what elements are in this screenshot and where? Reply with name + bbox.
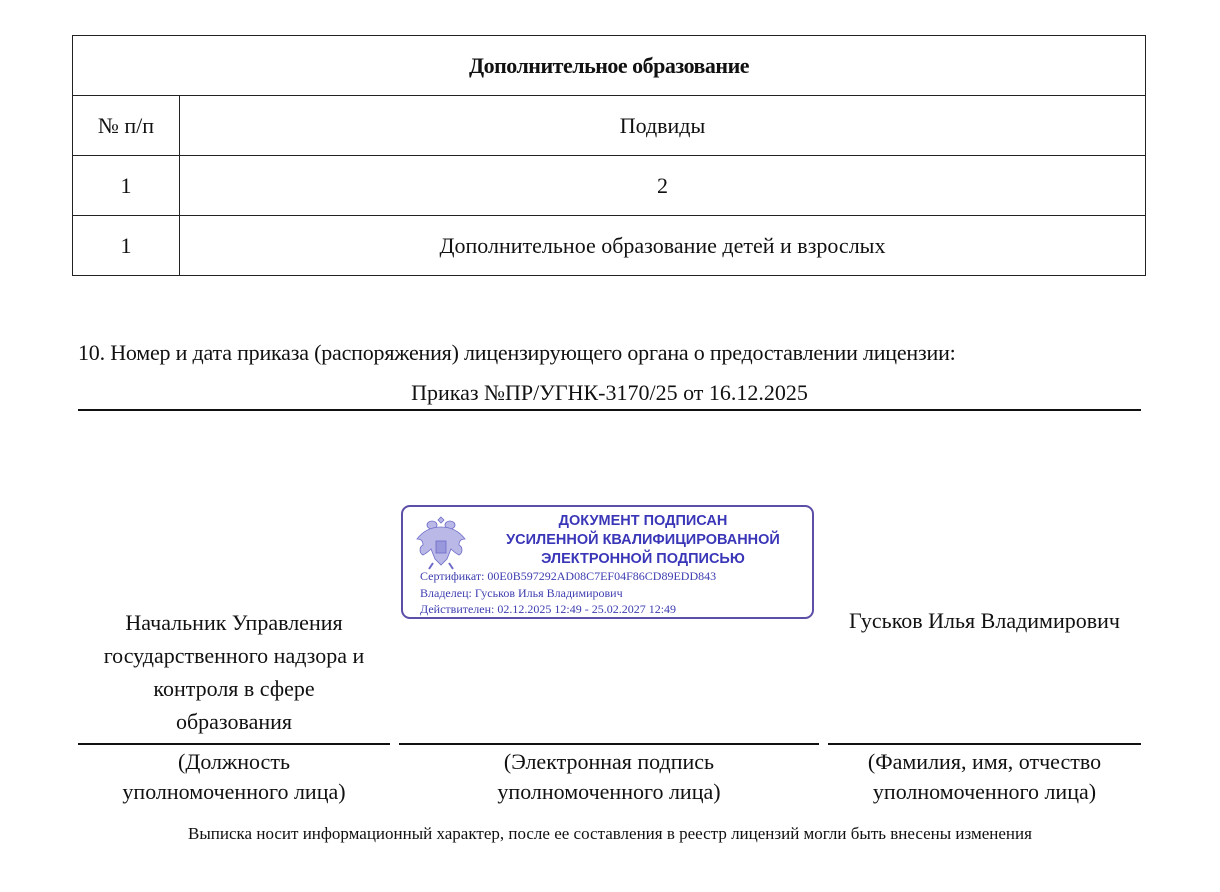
row-num: 1 bbox=[73, 216, 180, 276]
disclaimer-footnote: Выписка носит информационный характер, п… bbox=[0, 824, 1220, 844]
stamp-heading: ДОКУМЕНТ ПОДПИСАН УСИЛЕННОЙ КВАЛИФИЦИРОВ… bbox=[473, 512, 813, 569]
electronic-signature-stamp: ДОКУМЕНТ ПОДПИСАН УСИЛЕННОЙ КВАЛИФИЦИРОВ… bbox=[401, 505, 814, 619]
stamp-owner: Владелец: Гуськов Илья Владимирович bbox=[420, 585, 716, 602]
signature-caption: (Электронная подпись уполномоченного лиц… bbox=[399, 747, 819, 807]
index-num: 1 bbox=[73, 156, 180, 216]
signature-underline bbox=[399, 743, 819, 745]
full-name-underline bbox=[828, 743, 1141, 745]
signer-full-name: Гуськов Илья Владимирович bbox=[828, 606, 1141, 636]
header-num: № п/п bbox=[73, 96, 180, 156]
section-10-label: 10. Номер и дата приказа (распоряжения) … bbox=[78, 340, 956, 366]
order-underline bbox=[78, 409, 1141, 411]
row-subtypes: Дополнительное образование детей и взрос… bbox=[180, 216, 1146, 276]
stamp-certificate: Сертификат: 00E0B597292AD08C7EF04F86CD89… bbox=[420, 568, 716, 585]
order-number: Приказ №ПР/УГНК-3170/25 от 16.12.2025 bbox=[78, 380, 1141, 406]
table-row: 1 Дополнительное образование детей и взр… bbox=[73, 216, 1146, 276]
header-subtypes: Подвиды bbox=[180, 96, 1146, 156]
stamp-details: Сертификат: 00E0B597292AD08C7EF04F86CD89… bbox=[420, 568, 716, 618]
table-title: Дополнительное образование bbox=[73, 36, 1146, 96]
index-subtypes: 2 bbox=[180, 156, 1146, 216]
signer-position: Начальник Управления государственного на… bbox=[78, 606, 390, 738]
stamp-validity: Действителен: 02.12.2025 12:49 - 25.02.2… bbox=[420, 601, 716, 618]
position-caption: (Должность уполномоченного лица) bbox=[78, 747, 390, 807]
full-name-caption: (Фамилия, имя, отчество уполномоченного … bbox=[828, 747, 1141, 807]
additional-education-table: Дополнительное образование № п/п Подвиды… bbox=[72, 35, 1146, 276]
position-underline bbox=[78, 743, 390, 745]
table-index-row: 1 2 bbox=[73, 156, 1146, 216]
table-header-row: № п/п Подвиды bbox=[73, 96, 1146, 156]
coat-of-arms-icon bbox=[413, 513, 469, 573]
